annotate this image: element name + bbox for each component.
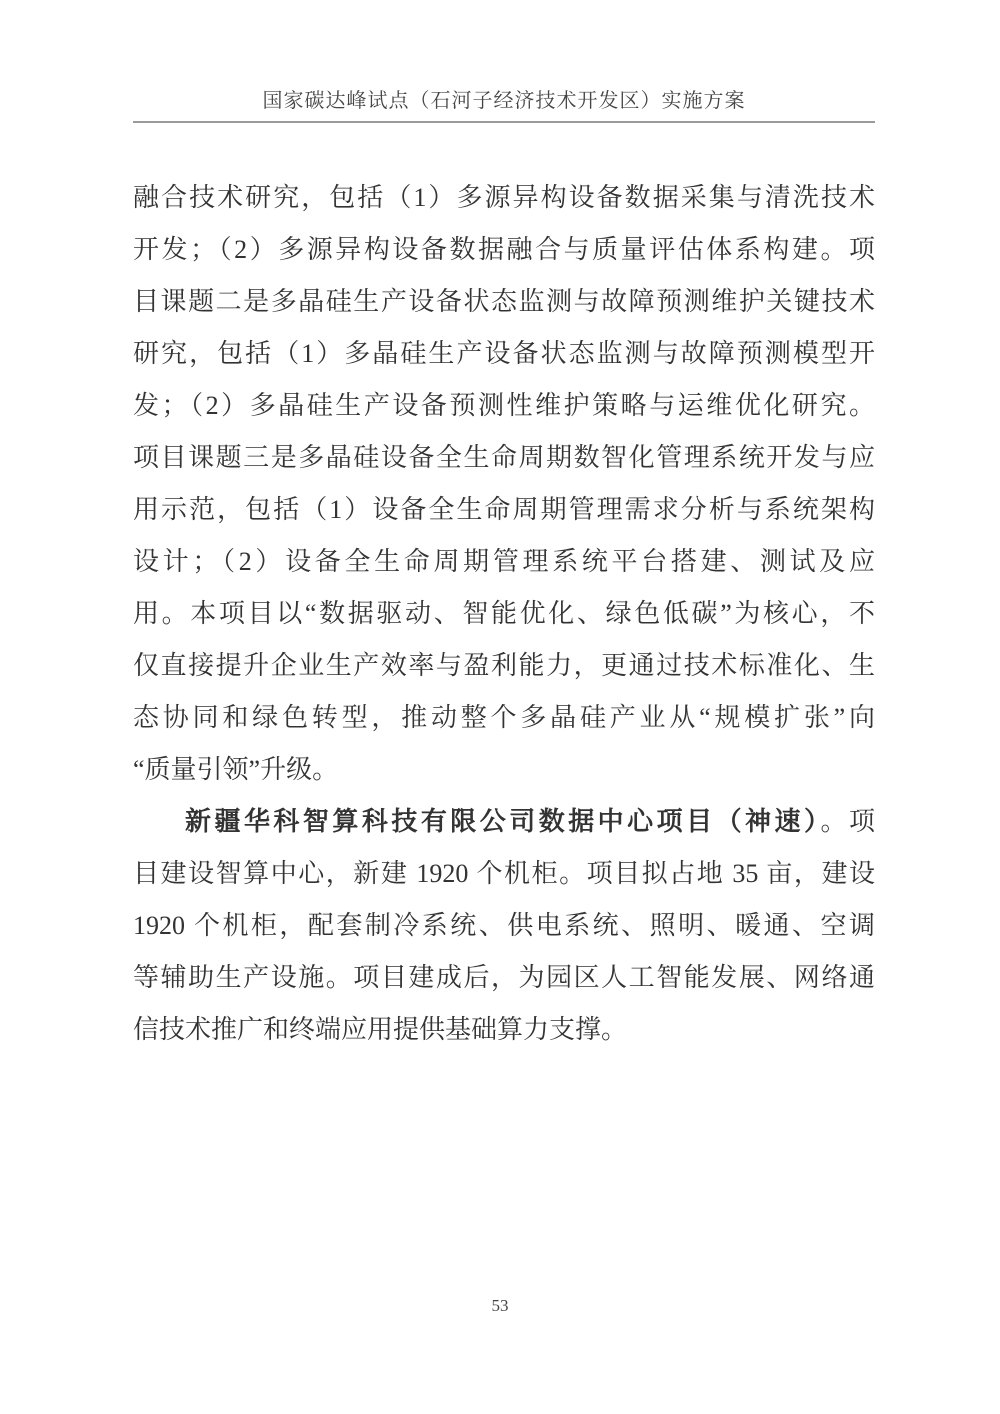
text-line: 1920 个机柜，配套制冷系统、供电系统、照明、暖通、空调 [133,900,875,952]
project-title-bold: 新疆华科智算科技有限公司数据中心项目（神速） [185,807,821,836]
text-line: 融合技术研究，包括（1）多源异构设备数据采集与清洗技术 [133,172,875,224]
text-line: “质量引领”升级。 [133,744,875,796]
page-header: 国家碳达峰试点（石河子经济技术开发区）实施方案 [133,88,875,123]
text-line: 仅直接提升企业生产效率与盈利能力，更通过技术标准化、生 [133,640,875,692]
text-line: 目课题二是多晶硅生产设备状态监测与故障预测维护关键技术 [133,276,875,328]
text-after-bold: 。项 [821,807,875,836]
text-line: 项目课题三是多晶硅设备全生命周期数智化管理系统开发与应 [133,432,875,484]
text-line: 态协同和绿色转型，推动整个多晶硅产业从“规模扩张”向 [133,692,875,744]
text-line: 用。本项目以“数据驱动、智能优化、绿色低碳”为核心，不 [133,588,875,640]
text-line: 开发；（2）多源异构设备数据融合与质量评估体系构建。项 [133,224,875,276]
body-text: 融合技术研究，包括（1）多源异构设备数据采集与清洗技术 开发；（2）多源异构设备… [133,172,875,1056]
text-line: 研究，包括（1）多晶硅生产设备状态监测与故障预测模型开 [133,328,875,380]
text-line: 信技术推广和终端应用提供基础算力支撑。 [133,1004,875,1056]
document-page: 国家碳达峰试点（石河子经济技术开发区）实施方案 融合技术研究，包括（1）多源异构… [0,0,1000,1414]
text-line-paragraph-start: 新疆华科智算科技有限公司数据中心项目（神速）。项 [133,796,875,848]
text-line: 设计；（2）设备全生命周期管理系统平台搭建、测试及应 [133,536,875,588]
text-line: 等辅助生产设施。项目建成后，为园区人工智能发展、网络通 [133,952,875,1004]
page-footer: 53 [0,1296,1000,1316]
page-number: 53 [492,1296,509,1315]
text-line: 用示范，包括（1）设备全生命周期管理需求分析与系统架构 [133,484,875,536]
header-title: 国家碳达峰试点（石河子经济技术开发区）实施方案 [263,90,746,112]
text-line: 目建设智算中心，新建 1920 个机柜。项目拟占地 35 亩，建设 [133,848,875,900]
text-line: 发；（2）多晶硅生产设备预测性维护策略与运维优化研究。 [133,380,875,432]
